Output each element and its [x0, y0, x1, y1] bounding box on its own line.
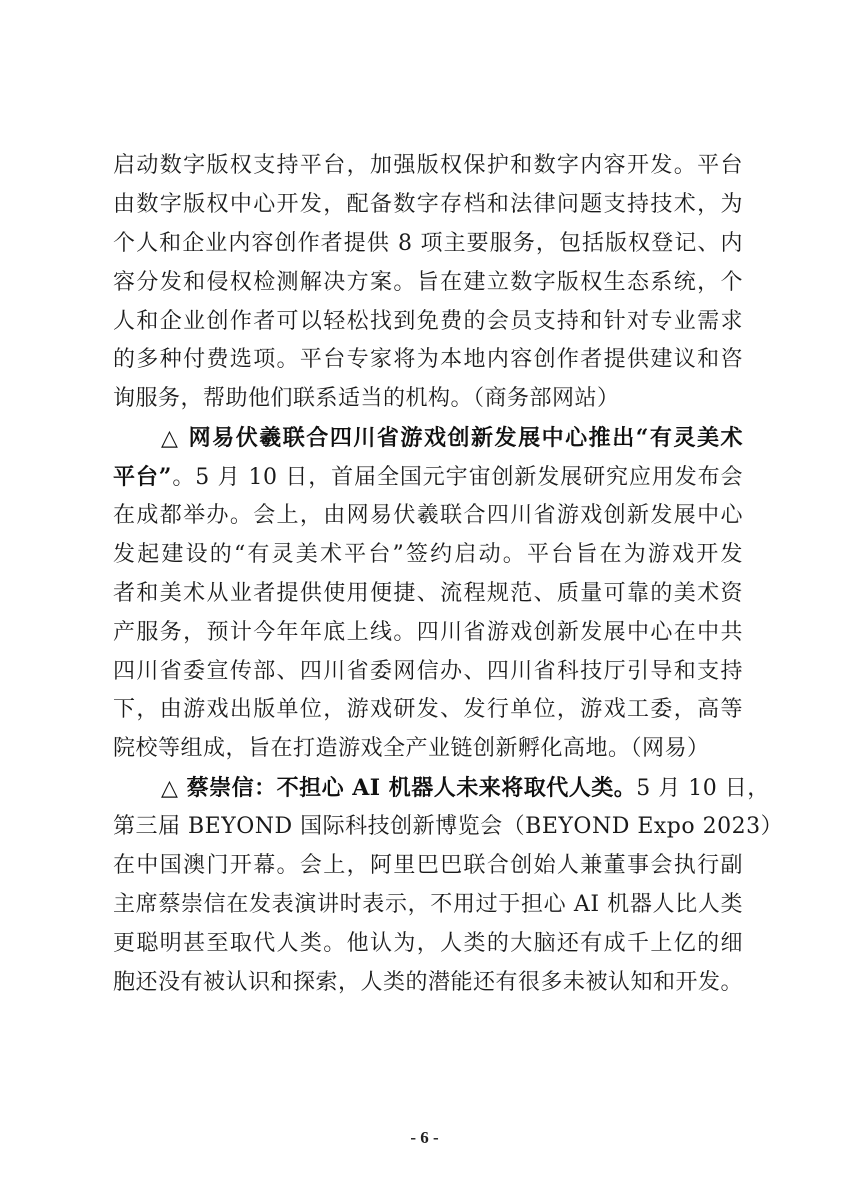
- text-line: 容分发和侵权检测解决方案。旨在建立数字版权生态系统，个: [113, 264, 743, 303]
- news-headline-end: 平台”: [113, 464, 172, 490]
- text-line: △ 蔡崇信：不担心 AI 机器人未来将取代人类。5 月 10 日，: [113, 769, 743, 808]
- text-line: 院校等组成，旨在打造游戏全产业链创新孵化高地。（网易）: [113, 730, 743, 769]
- text-line: 更聪明甚至取代人类。他认为，人类的大脑还有成千上亿的细: [113, 925, 743, 964]
- text-line: 由数字版权中心开发，配备数字存档和法律问题支持技术，为: [113, 186, 743, 225]
- text-line: 四川省委宣传部、四川省委网信办、四川省科技厅引导和支持: [113, 653, 743, 692]
- text-line: 胞还没有被认识和探索，人类的潜能还有很多未被认知和开发。: [113, 964, 743, 1003]
- text-line: 在成都举办。会上，由网易伏羲联合四川省游戏创新发展中心: [113, 497, 743, 536]
- text-line: 发起建设的“有灵美术平台”签约启动。平台旨在为游戏开发: [113, 536, 743, 575]
- news-headline: △ 网易伏羲联合四川省游戏创新发展中心推出“有灵美术: [113, 419, 743, 458]
- document-body: 启动数字版权支持平台，加强版权保护和数字内容开发。平台 由数字版权中心开发，配备…: [113, 147, 743, 1003]
- text-line: 在中国澳门开幕。会上，阿里巴巴联合创始人兼董事会执行副: [113, 847, 743, 886]
- text-line: 第三届 BEYOND 国际科技创新博览会（BEYOND Expo 2023）: [113, 808, 743, 847]
- text-line: 者和美术从业者提供使用便捷、流程规范、质量可靠的美术资: [113, 575, 743, 614]
- text-line: 启动数字版权支持平台，加强版权保护和数字内容开发。平台: [113, 147, 743, 186]
- text-line: 询服务，帮助他们联系适当的机构。（商务部网站）: [113, 380, 743, 419]
- text-line: 的多种付费选项。平台专家将为本地内容创作者提供建议和咨: [113, 341, 743, 380]
- text-line: 人和企业创作者可以轻松找到免费的会员支持和针对专业需求: [113, 303, 743, 342]
- text-line: 主席蔡崇信在发表演讲时表示，不用过于担心 AI 机器人比人类: [113, 886, 743, 925]
- text-line: 个人和企业内容创作者提供 8 项主要服务，包括版权登记、内: [113, 225, 743, 264]
- news-headline: △ 蔡崇信：不担心 AI 机器人未来将取代人类。: [161, 775, 636, 801]
- news-body-start: 。5 月 10 日，首届全国元宇宙创新发展研究应用发布会: [172, 465, 743, 490]
- page-number: - 6 -: [0, 1128, 849, 1148]
- text-line: 产服务，预计今年年底上线。四川省游戏创新发展中心在中共: [113, 614, 743, 653]
- news-body-start: 5 月 10 日，: [636, 776, 769, 801]
- document-page: 启动数字版权支持平台，加强版权保护和数字内容开发。平台 由数字版权中心开发，配备…: [0, 0, 849, 1200]
- text-line: 平台”。5 月 10 日，首届全国元宇宙创新发展研究应用发布会: [113, 458, 743, 497]
- text-line: 下，由游戏出版单位，游戏研发、发行单位，游戏工委，高等: [113, 691, 743, 730]
